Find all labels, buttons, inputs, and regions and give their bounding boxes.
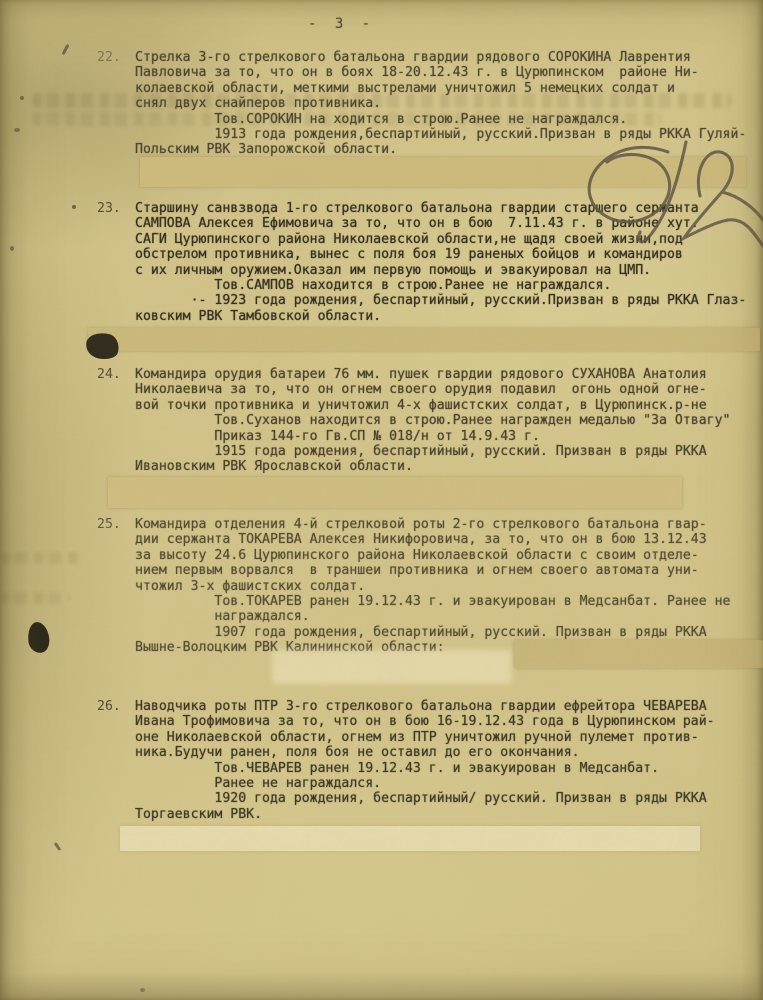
typed-line: 1920 года рождения, беспартийный/ русски… <box>135 791 763 806</box>
typed-line: Командира отделения 4-й стрелковой роты … <box>135 517 763 532</box>
typed-line: Павловича за то, что он в боях 18-20.12.… <box>135 65 763 80</box>
typed-line: чтожил 3-х фашистских солдат. <box>135 579 763 594</box>
typed-line: оне Николаевской области, огнем из ПТР у… <box>135 730 763 745</box>
typed-line: ника.Будучи ранен, поля боя не оставил д… <box>135 745 763 760</box>
entry-text: Наводчика роты ПТР 3-го стрелкового бата… <box>135 699 763 822</box>
paper-speck <box>72 205 76 209</box>
typed-line: колаевской области, меткими выстрелами у… <box>135 81 763 96</box>
bleedthrough-smudge <box>0 552 82 564</box>
typed-line: Тов.САМПОВ находится в строю.Ранее не на… <box>135 278 763 293</box>
entry-number: 22. <box>97 50 121 65</box>
typed-line: награждался. <box>135 609 763 624</box>
award-entry-25: 25. Командира отделения 4-й стрелковой р… <box>97 517 763 656</box>
typed-line: Наводчика роты ПТР 3-го стрелкового бата… <box>135 699 763 714</box>
entry-text: Командира отделения 4-й стрелковой роты … <box>135 517 763 656</box>
entry-number: 24. <box>97 367 121 382</box>
paper-speck <box>10 246 14 251</box>
paper-speck <box>62 44 70 55</box>
typed-line: снял двух снайперов противника. <box>135 96 763 111</box>
redaction-bar <box>120 826 700 851</box>
typed-line: дии сержанта ТОКАРЕВА Алексея Никифорови… <box>135 532 763 547</box>
paper-speck <box>14 128 20 132</box>
typed-line: 1907 года рождения, беспартийный, русски… <box>135 625 763 640</box>
award-entry-24: 24. Командира орудия батареи 76 мм. пуше… <box>97 367 763 475</box>
entry-number: 25. <box>97 517 121 532</box>
typed-line: Ранее не награждался. <box>135 776 763 791</box>
paper-speck <box>140 988 145 992</box>
entry-number: 23. <box>97 201 121 216</box>
signature-mark <box>560 128 763 258</box>
typed-line: Стрелка 3-го стрелкового батальона гвард… <box>135 50 763 65</box>
typed-line: ковским РВК Тамбовской области. <box>135 309 763 324</box>
redaction-bar <box>108 477 682 508</box>
typed-line: вой точки противника и уничтожил 4-х фаш… <box>135 398 763 413</box>
typed-line: Командира орудия батареи 76 мм. пушек гв… <box>135 367 763 382</box>
entry-text: Командира орудия батареи 76 мм. пушек гв… <box>135 367 763 475</box>
hole-punch-mark <box>26 621 51 655</box>
typed-line: 1915 года рождения, беспартийный, русски… <box>135 444 763 459</box>
typed-line: нием первым ворвался в траншеи противник… <box>135 563 763 578</box>
typed-line: Ивана Трофимовича за то, что он в бою 16… <box>135 714 763 729</box>
redaction-bar <box>514 640 763 668</box>
paper-light-patch <box>272 650 512 684</box>
typed-line: Тов.ЧЕВАРЕВ ранен 19.12.43 г. и эвакуиро… <box>135 761 763 776</box>
typed-line: Николаевича за то, что он огнем своего о… <box>135 382 763 397</box>
paper-speck <box>20 96 24 100</box>
typed-line: за высоту 24.6 Цурюпинского района Никол… <box>135 548 763 563</box>
redaction-bar <box>88 328 760 351</box>
typed-line: Тов.ТОКАРЕВ ранен 19.12.43 г. и эвакуиро… <box>135 594 763 609</box>
typed-line: Тов.Суханов находится в строю.Ранее нагр… <box>135 413 763 428</box>
typed-line: с их личным оружием.Оказал им первую пом… <box>135 263 763 278</box>
typed-line: Тов.СОРОКИН на ходится в строю.Ранее не … <box>135 112 763 127</box>
bleedthrough-smudge <box>0 592 70 604</box>
paper-speck <box>54 842 62 851</box>
scanned-award-document-page: - 3 - 22. Стрелка 3-го стрелкового батал… <box>0 0 763 1000</box>
typed-line: Приказ 144-го Гв.СП № 018/н от 14.9.43 г… <box>135 429 763 444</box>
page-number: - 3 - <box>308 16 375 32</box>
typed-line: Торгаевским РВК. <box>135 807 763 822</box>
typed-line: ·- 1923 года рождения, беспартийный, рус… <box>135 293 763 308</box>
typed-line: Ивановским РВК Ярославской области. <box>135 459 763 474</box>
award-entry-26: 26. Наводчика роты ПТР 3-го стрелкового … <box>97 699 763 822</box>
entry-number: 26. <box>97 699 121 714</box>
